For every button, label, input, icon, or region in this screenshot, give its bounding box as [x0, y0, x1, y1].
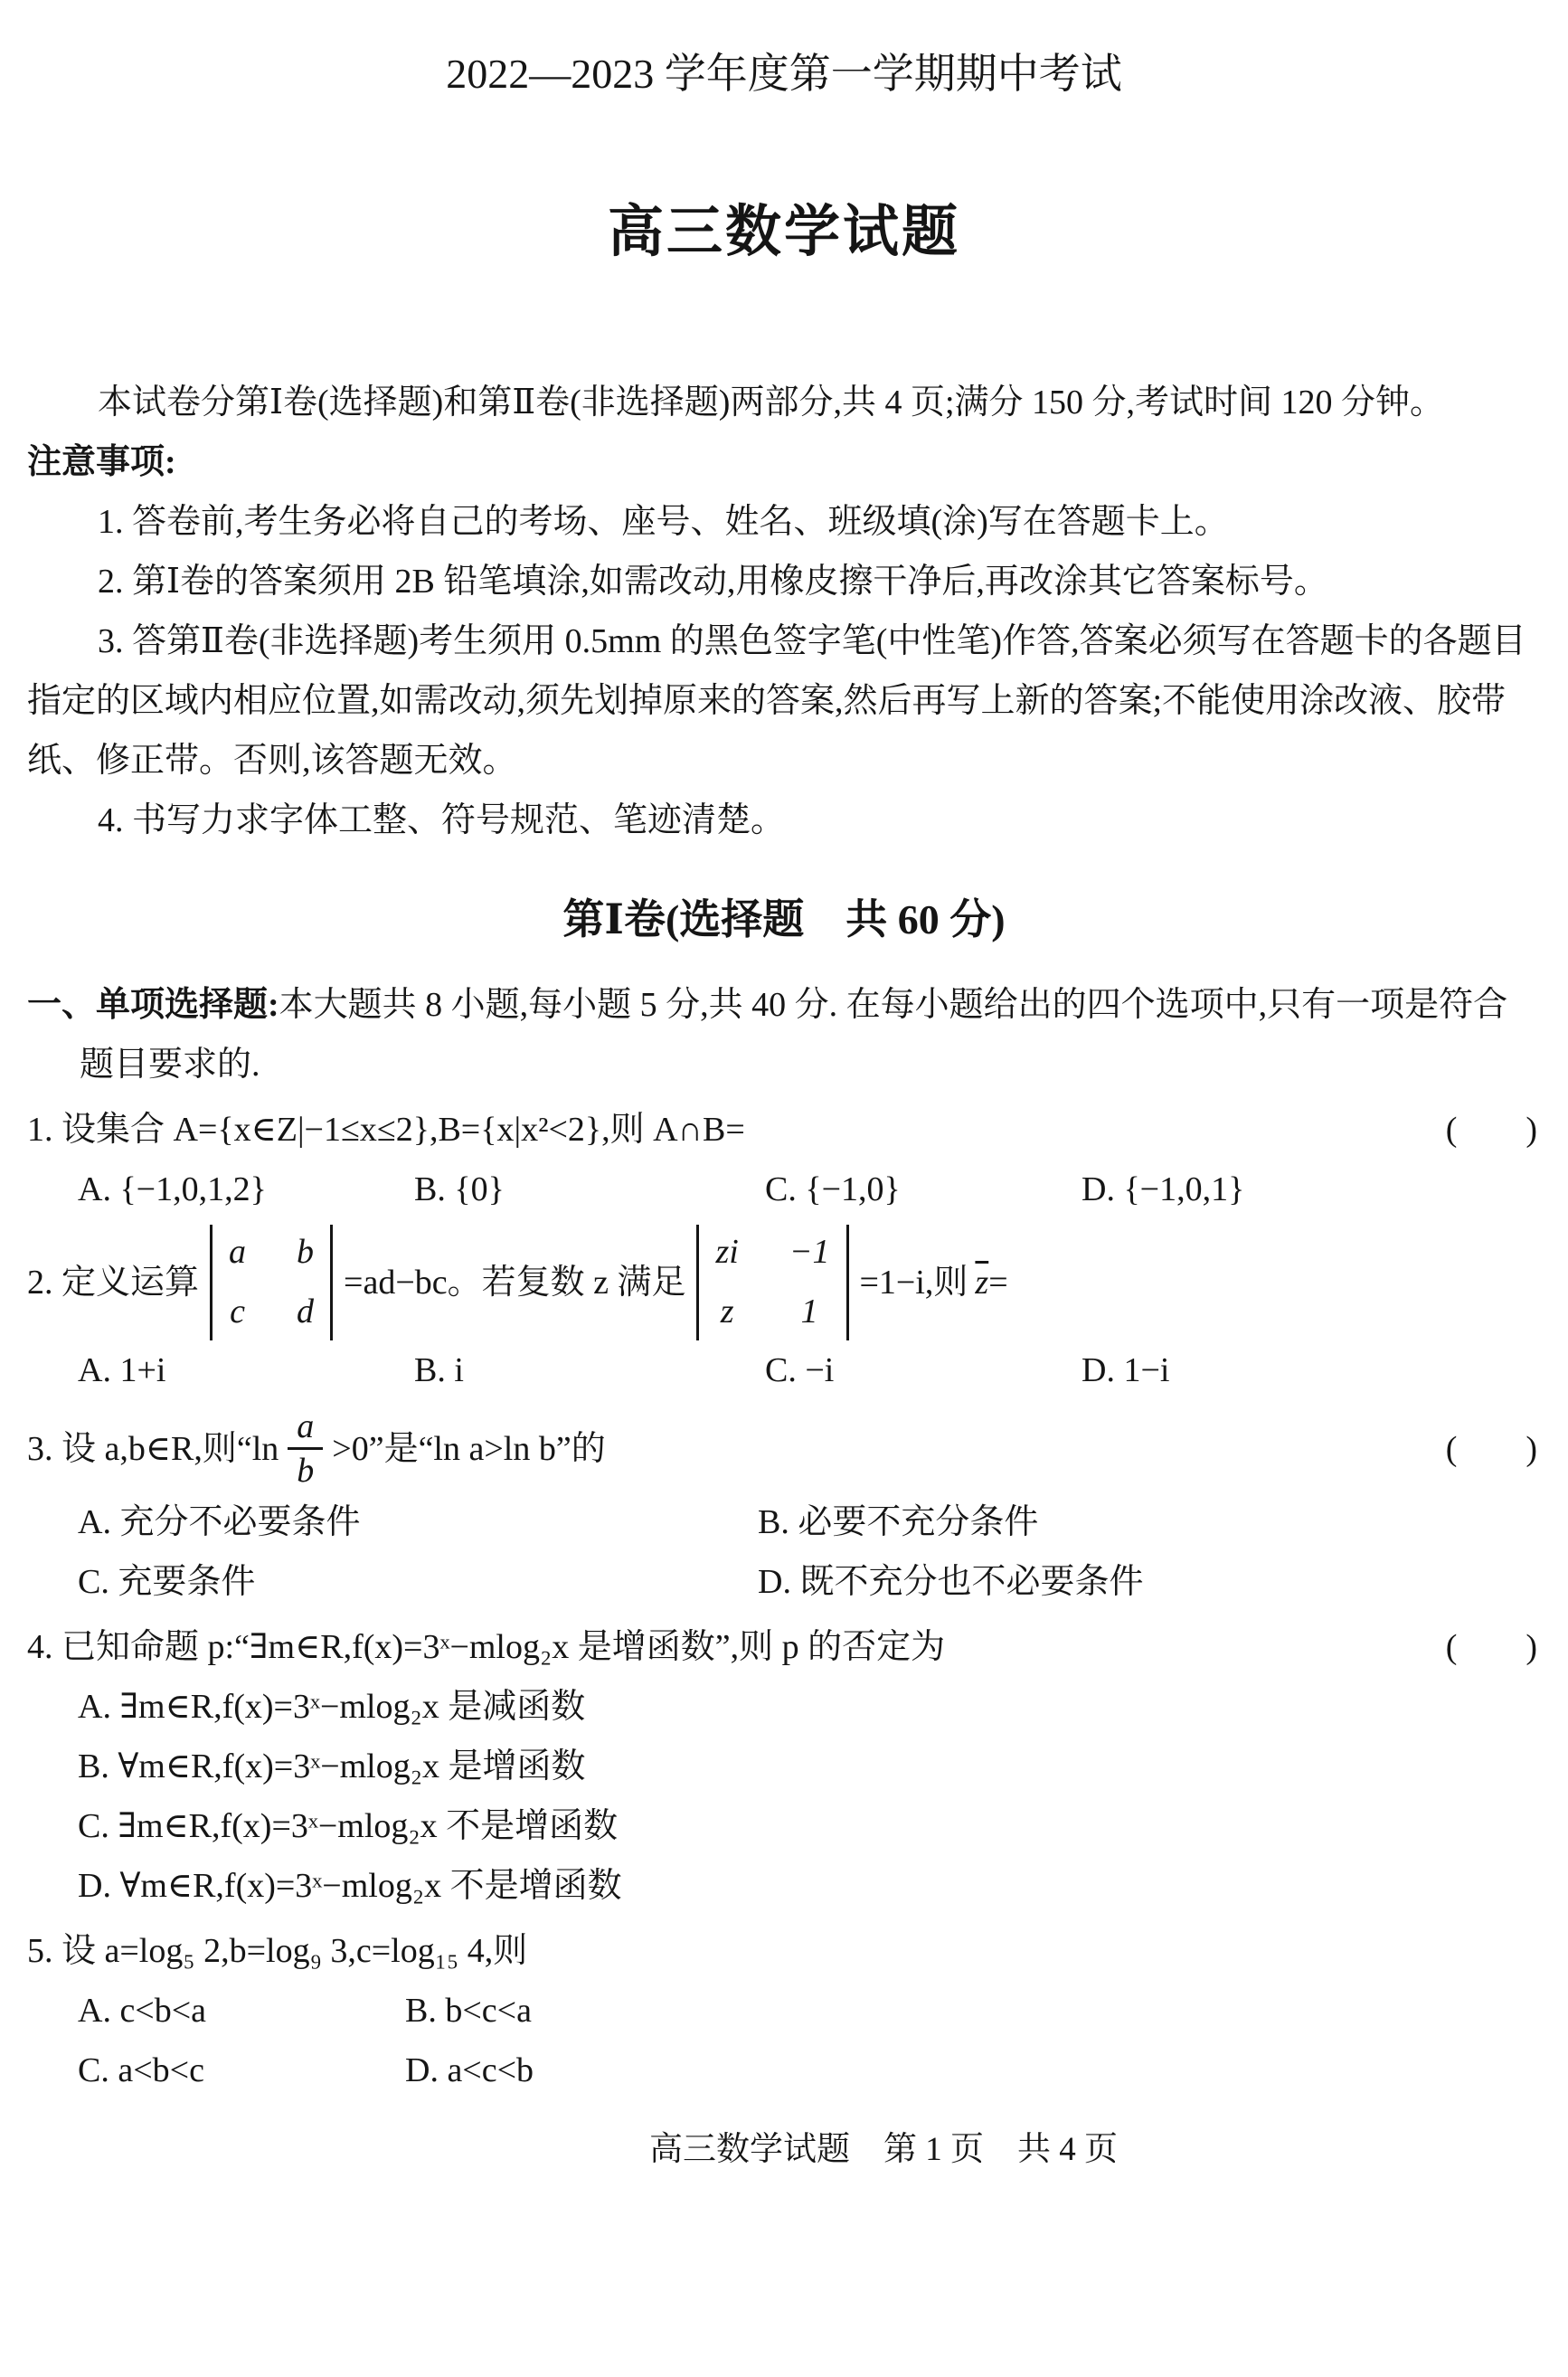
fraction-a-over-b: a b: [288, 1406, 323, 1492]
question-1-options: A. {−1,0,1,2} B. {0} C. {−1,0} D. {−1,0,…: [27, 1160, 1541, 1219]
notice-item-2: 2. 第Ⅰ卷的答案须用 2B 铅笔填涂,如需改动,用橡皮擦干净后,再改涂其它答案…: [27, 552, 1541, 611]
notice-item-1: 1. 答卷前,考生务必将自己的考场、座号、姓名、班级填(涂)写在答题卡上。: [27, 492, 1541, 552]
question-5-option-a: A. c<b<a: [78, 1981, 405, 2041]
exam-page: 2022—2023 学年度第一学期期中考试 高三数学试题 本试卷分第Ⅰ卷(选择题…: [0, 0, 1568, 2377]
question-4-option-b: B. ∀m∈R,f(x)=3ˣ−mlog₂x 是增函数: [78, 1737, 1541, 1796]
question-1-option-c: C. {−1,0}: [765, 1160, 1082, 1219]
question-1-answer-bracket: ( ): [1446, 1100, 1541, 1160]
question-3-options: A. 充分不必要条件 B. 必要不充分条件 C. 充要条件 D. 既不充分也不必…: [27, 1492, 1541, 1612]
instruction-label: 一、单项选择题:: [27, 986, 279, 1024]
question-4-stem: 4. 已知命题 p:“∃m∈R,f(x)=3ˣ−mlog₂x 是增函数”,则 p…: [27, 1617, 945, 1677]
page-footer: 高三数学试题 第 1 页 共 4 页: [127, 2127, 1568, 2173]
section1-instruction: 一、单项选择题:本大题共 8 小题,每小题 5 分,共 40 分. 在每小题给出…: [27, 975, 1541, 1094]
question-2-option-c: C. −i: [765, 1340, 1082, 1400]
z-conjugate-symbol: z: [975, 1253, 988, 1312]
question-2-options: A. 1+i B. i C. −i D. 1−i: [27, 1340, 1541, 1400]
question-4-options: A. ∃m∈R,f(x)=3ˣ−mlog₂x 是减函数 B. ∀m∈R,f(x)…: [27, 1677, 1541, 1916]
question-3-option-c: C. 充要条件: [78, 1552, 758, 1612]
exam-intro: 本试卷分第Ⅰ卷(选择题)和第Ⅱ卷(非选择题)两部分,共 4 页;满分 150 分…: [27, 373, 1541, 432]
question-5-stem-row: 5. 设 a=log₅ 2,b=log₉ 3,c=log₁₅ 4,则: [27, 1921, 1541, 1981]
question-2: 2. 定义运算 a b c d =ad−bc。若复数 z 满足 zi −1 z …: [27, 1225, 1541, 1400]
det2-cell-c: z: [715, 1293, 738, 1331]
fraction-denominator: b: [288, 1450, 323, 1492]
notice-item-4: 4. 书写力求字体工整、符号规范、笔迹清楚。: [27, 791, 1541, 850]
det1-cell-d: d: [297, 1293, 314, 1331]
exam-session-title: 2022—2023 学年度第一学期期中考试: [27, 0, 1541, 101]
question-4: 4. 已知命题 p:“∃m∈R,f(x)=3ˣ−mlog₂x 是增函数”,则 p…: [27, 1617, 1541, 1916]
question-4-option-a: A. ∃m∈R,f(x)=3ˣ−mlog₂x 是减函数: [78, 1677, 1541, 1737]
question-3: 3. 设 a,b∈R,则“ln a b >0”是“ln a>ln b”的 ( )…: [27, 1406, 1541, 1612]
det1-cell-b: b: [297, 1234, 314, 1272]
question-3-stem-row: 3. 设 a,b∈R,则“ln a b >0”是“ln a>ln b”的 ( ): [27, 1406, 1541, 1492]
question-2-option-a: A. 1+i: [78, 1340, 414, 1400]
question-1-stem-row: 1. 设集合 A={x∈Z|−1≤x≤2},B={x|x²<2},则 A∩B= …: [27, 1100, 1541, 1160]
question-2-stem-equals: =: [988, 1253, 1007, 1312]
det2-cell-b: −1: [789, 1234, 830, 1272]
question-5-options: A. c<b<a B. b<c<a C. a<b<c D. a<c<b: [27, 1981, 1541, 2100]
question-5-option-c: C. a<b<c: [78, 2041, 405, 2100]
det1-cell-c: c: [229, 1293, 246, 1331]
instruction-text: 本大题共 8 小题,每小题 5 分,共 40 分. 在每小题给出的四个选项中,只…: [80, 986, 1507, 1084]
question-4-stem-row: 4. 已知命题 p:“∃m∈R,f(x)=3ˣ−mlog₂x 是增函数”,则 p…: [27, 1617, 1541, 1677]
question-5-stem: 5. 设 a=log₅ 2,b=log₉ 3,c=log₁₅ 4,则: [27, 1921, 527, 1981]
question-1-stem: 1. 设集合 A={x∈Z|−1≤x≤2},B={x|x²<2},则 A∩B=: [27, 1100, 745, 1160]
question-2-stem-row: 2. 定义运算 a b c d =ad−bc。若复数 z 满足 zi −1 z …: [27, 1225, 1541, 1340]
question-3-stem-pre: 3. 设 a,b∈R,则“ln: [27, 1419, 279, 1479]
question-3-option-a: A. 充分不必要条件: [78, 1492, 758, 1552]
question-1-option-a: A. {−1,0,1,2}: [78, 1160, 414, 1219]
question-4-option-c: C. ∃m∈R,f(x)=3ˣ−mlog₂x 不是增函数: [78, 1796, 1541, 1856]
det1-cell-a: a: [229, 1234, 246, 1272]
question-1-option-d: D. {−1,0,1}: [1082, 1160, 1541, 1219]
question-3-option-d: D. 既不充分也不必要条件: [758, 1552, 1541, 1612]
question-2-option-b: B. i: [414, 1340, 765, 1400]
question-2-stem-post: =1−i,则: [860, 1253, 968, 1312]
notice-item-3: 3. 答第Ⅱ卷(非选择题)考生须用 0.5mm 的黑色签字笔(中性笔)作答,答案…: [27, 611, 1541, 791]
question-2-stem: 2. 定义运算 a b c d =ad−bc。若复数 z 满足 zi −1 z …: [27, 1225, 1008, 1340]
question-5: 5. 设 a=log₅ 2,b=log₉ 3,c=log₁₅ 4,则 A. c<…: [27, 1921, 1541, 2100]
determinant-zi: zi −1 z 1: [696, 1225, 848, 1340]
det2-cell-a: zi: [715, 1234, 738, 1272]
exam-title: 高三数学试题: [27, 197, 1541, 268]
question-3-option-b: B. 必要不充分条件: [758, 1492, 1541, 1552]
question-4-option-d: D. ∀m∈R,f(x)=3ˣ−mlog₂x 不是增函数: [78, 1856, 1541, 1916]
fraction-numerator: a: [288, 1406, 323, 1451]
question-3-stem-post: >0”是“ln a>ln b”的: [332, 1419, 605, 1479]
determinant-abcd: a b c d: [210, 1225, 333, 1340]
question-5-option-d: D. a<c<b: [405, 2041, 1541, 2100]
question-5-option-b: B. b<c<a: [405, 1981, 1541, 2041]
question-2-stem-pre: 2. 定义运算: [27, 1253, 199, 1312]
question-2-stem-mid: =ad−bc。若复数 z 满足: [344, 1253, 685, 1312]
question-3-answer-bracket: ( ): [1446, 1419, 1541, 1479]
det2-cell-d: 1: [789, 1293, 830, 1331]
question-1-option-b: B. {0}: [414, 1160, 765, 1219]
question-3-stem: 3. 设 a,b∈R,则“ln a b >0”是“ln a>ln b”的: [27, 1406, 606, 1492]
question-1: 1. 设集合 A={x∈Z|−1≤x≤2},B={x|x²<2},则 A∩B= …: [27, 1100, 1541, 1219]
question-2-option-d: D. 1−i: [1082, 1340, 1541, 1400]
question-4-answer-bracket: ( ): [1446, 1617, 1541, 1677]
section1-title: 第Ⅰ卷(选择题 共 60 分): [27, 888, 1541, 952]
notice-label: 注意事项:: [27, 432, 1541, 492]
